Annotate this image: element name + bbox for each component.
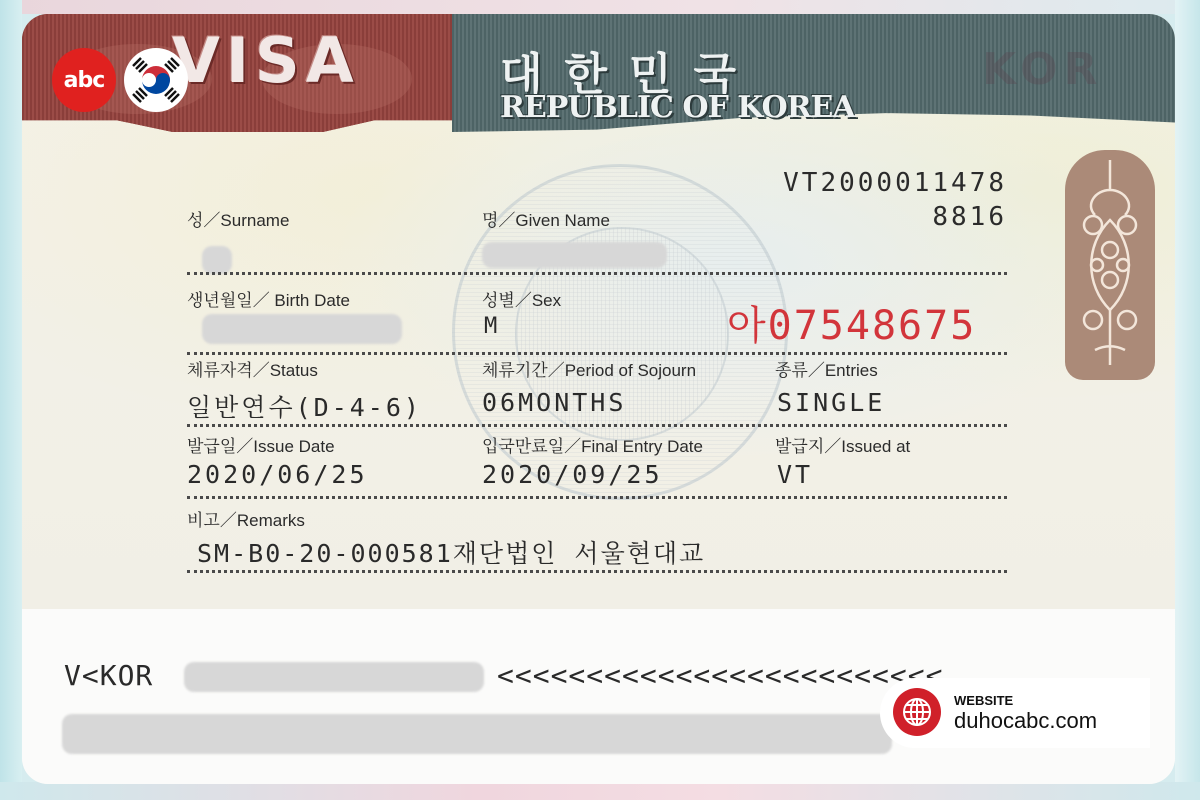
entries-label: 종류／Entries (775, 356, 878, 381)
issued-at-value: VT (777, 460, 813, 489)
mrz-line1-filler: <<<<<<<<<<<<<<<<<<<<<<<<< (497, 659, 943, 692)
given-name-label: 명／Given Name (482, 206, 610, 231)
visa-number-line1: VT2000011478 (747, 166, 1007, 200)
divider (187, 570, 1007, 573)
traditional-ornament-icon (1065, 150, 1155, 380)
visa-number-line2: 8816 (747, 200, 1007, 234)
divider (187, 424, 1007, 427)
mrz-name-redacted (184, 662, 484, 692)
abc-logo: abc (52, 48, 116, 112)
remarks-label: 비고／Remarks (187, 506, 305, 531)
south-korea-flag-icon (124, 48, 188, 112)
website-url-link[interactable]: duhocabc.com (954, 708, 1097, 734)
final-entry-label: 입국만료일／Final Entry Date (482, 432, 703, 457)
period-value: 06MONTHS (482, 388, 626, 417)
period-label: 체류기간／Period of Sojourn (482, 356, 696, 381)
mrz-line1-prefix: V<KOR (64, 659, 153, 692)
background-left (0, 0, 22, 800)
remarks-value: SM-B0-20-000581재단법인 서울현대교 (197, 534, 705, 570)
issue-date-label: 발급일／Issue Date (187, 432, 335, 457)
ghost-watermark-text: KOR (982, 44, 1103, 95)
divider (187, 272, 1007, 275)
sex-label: 성별／Sex (482, 286, 561, 311)
sex-value: M (484, 314, 500, 339)
visa-sticker: VISA 대한민국 REPUBLIC OF KOREA KOR VT200001… (22, 14, 1175, 784)
status-label: 체류자격／Status (187, 356, 318, 381)
globe-icon (893, 688, 941, 736)
final-entry-value: 2020/09/25 (482, 460, 663, 489)
divider (187, 352, 1007, 355)
birth-date-label: 생년월일／ Birth Date (187, 286, 350, 311)
issued-at-label: 발급지／Issued at (775, 432, 910, 457)
birth-date-redacted (202, 314, 402, 344)
given-name-redacted (482, 242, 667, 268)
country-name-english: REPUBLIC OF KOREA (500, 90, 855, 125)
mrz-line2-redacted (62, 714, 892, 754)
divider (187, 496, 1007, 499)
visa-number: VT2000011478 8816 (747, 166, 1007, 234)
surname-label: 성／Surname (187, 206, 289, 231)
status-value: 일반연수(D-4-6) (187, 388, 422, 424)
abc-logo-text: abc (64, 68, 105, 93)
surname-redacted (202, 246, 232, 274)
background-bottom (0, 782, 1200, 800)
issue-date-value: 2020/06/25 (187, 460, 368, 489)
background-right (1175, 0, 1200, 800)
entries-value: SINGLE (777, 388, 885, 417)
website-label: WEBSITE (954, 693, 1013, 708)
visa-title: VISA (172, 24, 360, 97)
background-top (0, 0, 1200, 14)
control-number: 아07548675 (727, 294, 976, 351)
